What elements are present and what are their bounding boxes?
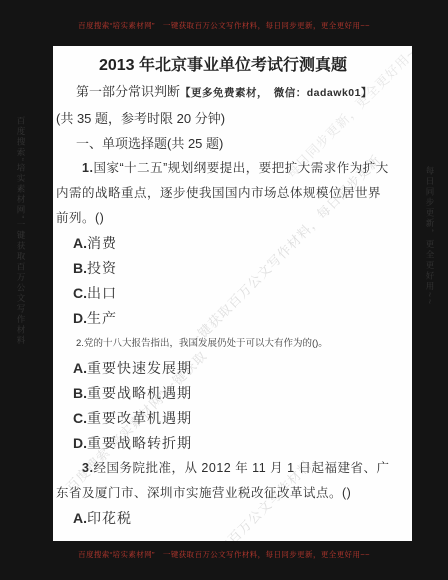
option-label: C. <box>73 410 87 426</box>
section-promo-note: 【更多免费素材， 微信：dadawk01】 <box>180 87 372 99</box>
document-page: 一键获取百万公文写作材料，每日同步更新 百度搜索“培实素材网”一键获取 获取百万… <box>53 46 412 541</box>
option-label: B. <box>73 260 87 276</box>
question-2: 2.党的十八大报告指出，我国发展仍处于可以大有作为的()。 <box>56 331 390 356</box>
option-label: A. <box>73 235 87 251</box>
question-2-option-c: C.重要改革机遇期 <box>73 406 390 431</box>
question-3-option-a: A.印花税 <box>73 506 390 531</box>
option-text: 印花税 <box>87 510 132 526</box>
right-scan-margin: 每日同步更新，更全更好用~~ <box>412 46 448 541</box>
question-1-option-b: B.投资 <box>73 256 390 281</box>
option-label: D. <box>73 435 87 451</box>
question-2-option-b: B.重要战略机遇期 <box>73 381 390 406</box>
document-title: 2013 年北京事业单位考试行测真题 <box>56 53 390 79</box>
option-label: B. <box>73 385 87 401</box>
left-scan-margin: 百度搜索“培实素材网”一键获取百万公文写作材料 <box>0 46 53 541</box>
option-text: 消费 <box>87 235 117 251</box>
option-label: D. <box>73 310 87 326</box>
bottom-scan-margin: 百度搜索“培实素材网” 一键获取百万公文写作材料，每日同步更新，更全更好用~~ <box>0 541 448 580</box>
question-3: 3.经国务院批准，从 2012 年 11 月 1 日起福建省、广东省及厦门市、深… <box>56 456 390 506</box>
question-3-text: 经国务院批准，从 2012 年 11 月 1 日起福建省、广东省及厦门市、深圳市… <box>56 461 390 500</box>
document-content: 2013 年北京事业单位考试行测真题 第一部分常识判断【更多免费素材， 微信：d… <box>53 46 412 531</box>
option-label: A. <box>73 360 87 376</box>
left-margin-watermark: 百度搜索“培实素材网”一键获取百万公文写作材料 <box>15 116 27 346</box>
option-text: 重要快速发展期 <box>87 360 192 376</box>
question-1-option-a: A.消费 <box>73 231 390 256</box>
option-text: 投资 <box>87 260 117 276</box>
bottom-promo-banner: 百度搜索“培实素材网” 一键获取百万公文写作材料，每日同步更新，更全更好用~~ <box>0 550 448 560</box>
option-text: 出口 <box>87 285 117 301</box>
question-1-number: 1. <box>82 161 93 175</box>
question-2-number: 2. <box>76 338 84 349</box>
option-text: 重要战略机遇期 <box>87 385 192 401</box>
section-heading-text: 第一部分常识判断 <box>76 84 180 99</box>
question-1: 1.国家“十二五”规划纲要提出，要把扩大需求作为扩大内需的战略重点，逐步使我国国… <box>56 156 390 231</box>
option-text: 重要改革机遇期 <box>87 410 192 426</box>
question-1-text: 国家“十二五”规划纲要提出，要把扩大需求作为扩大内需的战略重点，逐步使我国国内市… <box>56 161 389 225</box>
question-1-option-c: C.出口 <box>73 281 390 306</box>
option-label: A. <box>73 510 87 526</box>
section-heading: 第一部分常识判断【更多免费素材， 微信：dadawk01】 <box>56 79 390 106</box>
question-2-text: 党的十八大报告指出，我国发展仍处于可以大有作为的()。 <box>84 338 328 349</box>
question-2-option-d: D.重要战略转折期 <box>73 431 390 456</box>
option-label: C. <box>73 285 87 301</box>
option-text: 重要战略转折期 <box>87 435 192 451</box>
subsection-heading: 一、单项选择题(共 25 题) <box>56 131 390 156</box>
scanned-document-viewport: 百度搜索“培实素材网” 一键获取百万公文写作材料，每日同步更新，更全更好用~~ … <box>0 0 448 580</box>
question-3-number: 3. <box>82 461 93 475</box>
question-1-option-d: D.生产 <box>73 306 390 331</box>
question-2-option-a: A.重要快速发展期 <box>73 356 390 381</box>
section-meta: (共 35 题，参考时限 20 分钟) <box>56 106 390 131</box>
right-margin-watermark: 每日同步更新，更全更好用~~ <box>424 166 436 306</box>
top-promo-banner: 百度搜索“培实素材网” 一键获取百万公文写作材料，每日同步更新，更全更好用~~ <box>0 21 448 31</box>
top-scan-margin: 百度搜索“培实素材网” 一键获取百万公文写作材料，每日同步更新，更全更好用~~ <box>0 0 448 46</box>
option-text: 生产 <box>87 310 117 326</box>
